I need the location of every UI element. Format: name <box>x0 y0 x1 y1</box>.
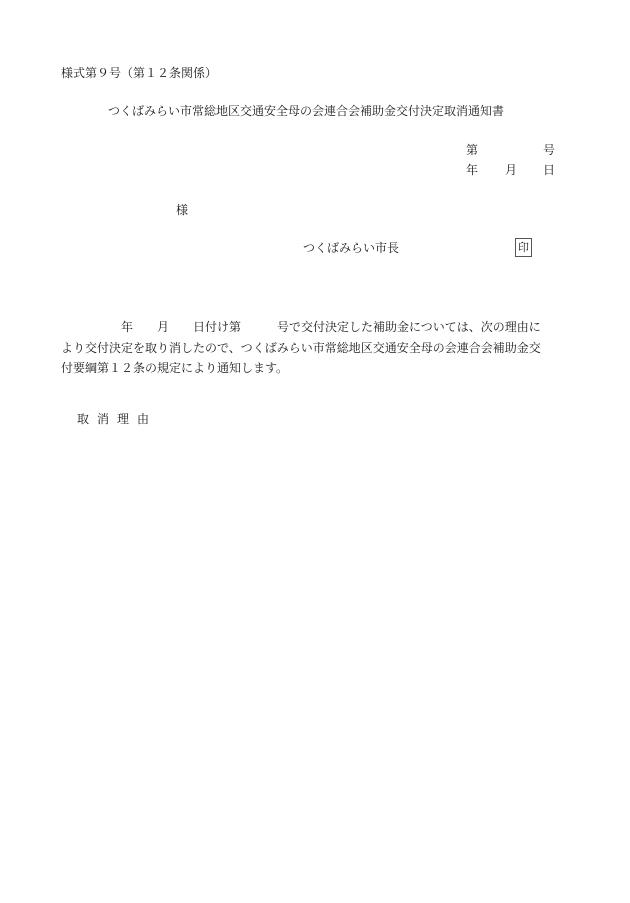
notice-body-line: 年 月 日付け第 号で交付決定した補助金については、次の理由に <box>61 317 581 338</box>
form-number: 様式第９号（第１２条関係） <box>61 66 217 80</box>
seal-stamp-icon: 印 <box>515 238 532 257</box>
notice-body-line: より交付決定を取り消したので、つくばみらい市常総地区交通安全母の会連合会補助金交 <box>61 338 581 359</box>
notice-body-line: 付要綱第１２条の規定により通知します。 <box>61 358 581 379</box>
date-month-label: 月 <box>505 163 517 177</box>
date-year-label: 年 <box>466 163 478 177</box>
cancellation-reason-heading: 取消理由 <box>77 412 157 426</box>
issuer-name: つくばみらい市長 <box>303 241 399 255</box>
addressee-honorific: 様 <box>176 203 188 217</box>
reference-go-label: 号 <box>543 143 555 157</box>
reference-dai-label: 第 <box>466 143 478 157</box>
document-title: つくばみらい市常総地区交通安全母の会連合会補助金交付決定取消通知書 <box>108 104 504 118</box>
date-day-label: 日 <box>543 163 555 177</box>
notice-body: 年 月 日付け第 号で交付決定した補助金については、次の理由に より交付決定を取… <box>61 317 581 379</box>
